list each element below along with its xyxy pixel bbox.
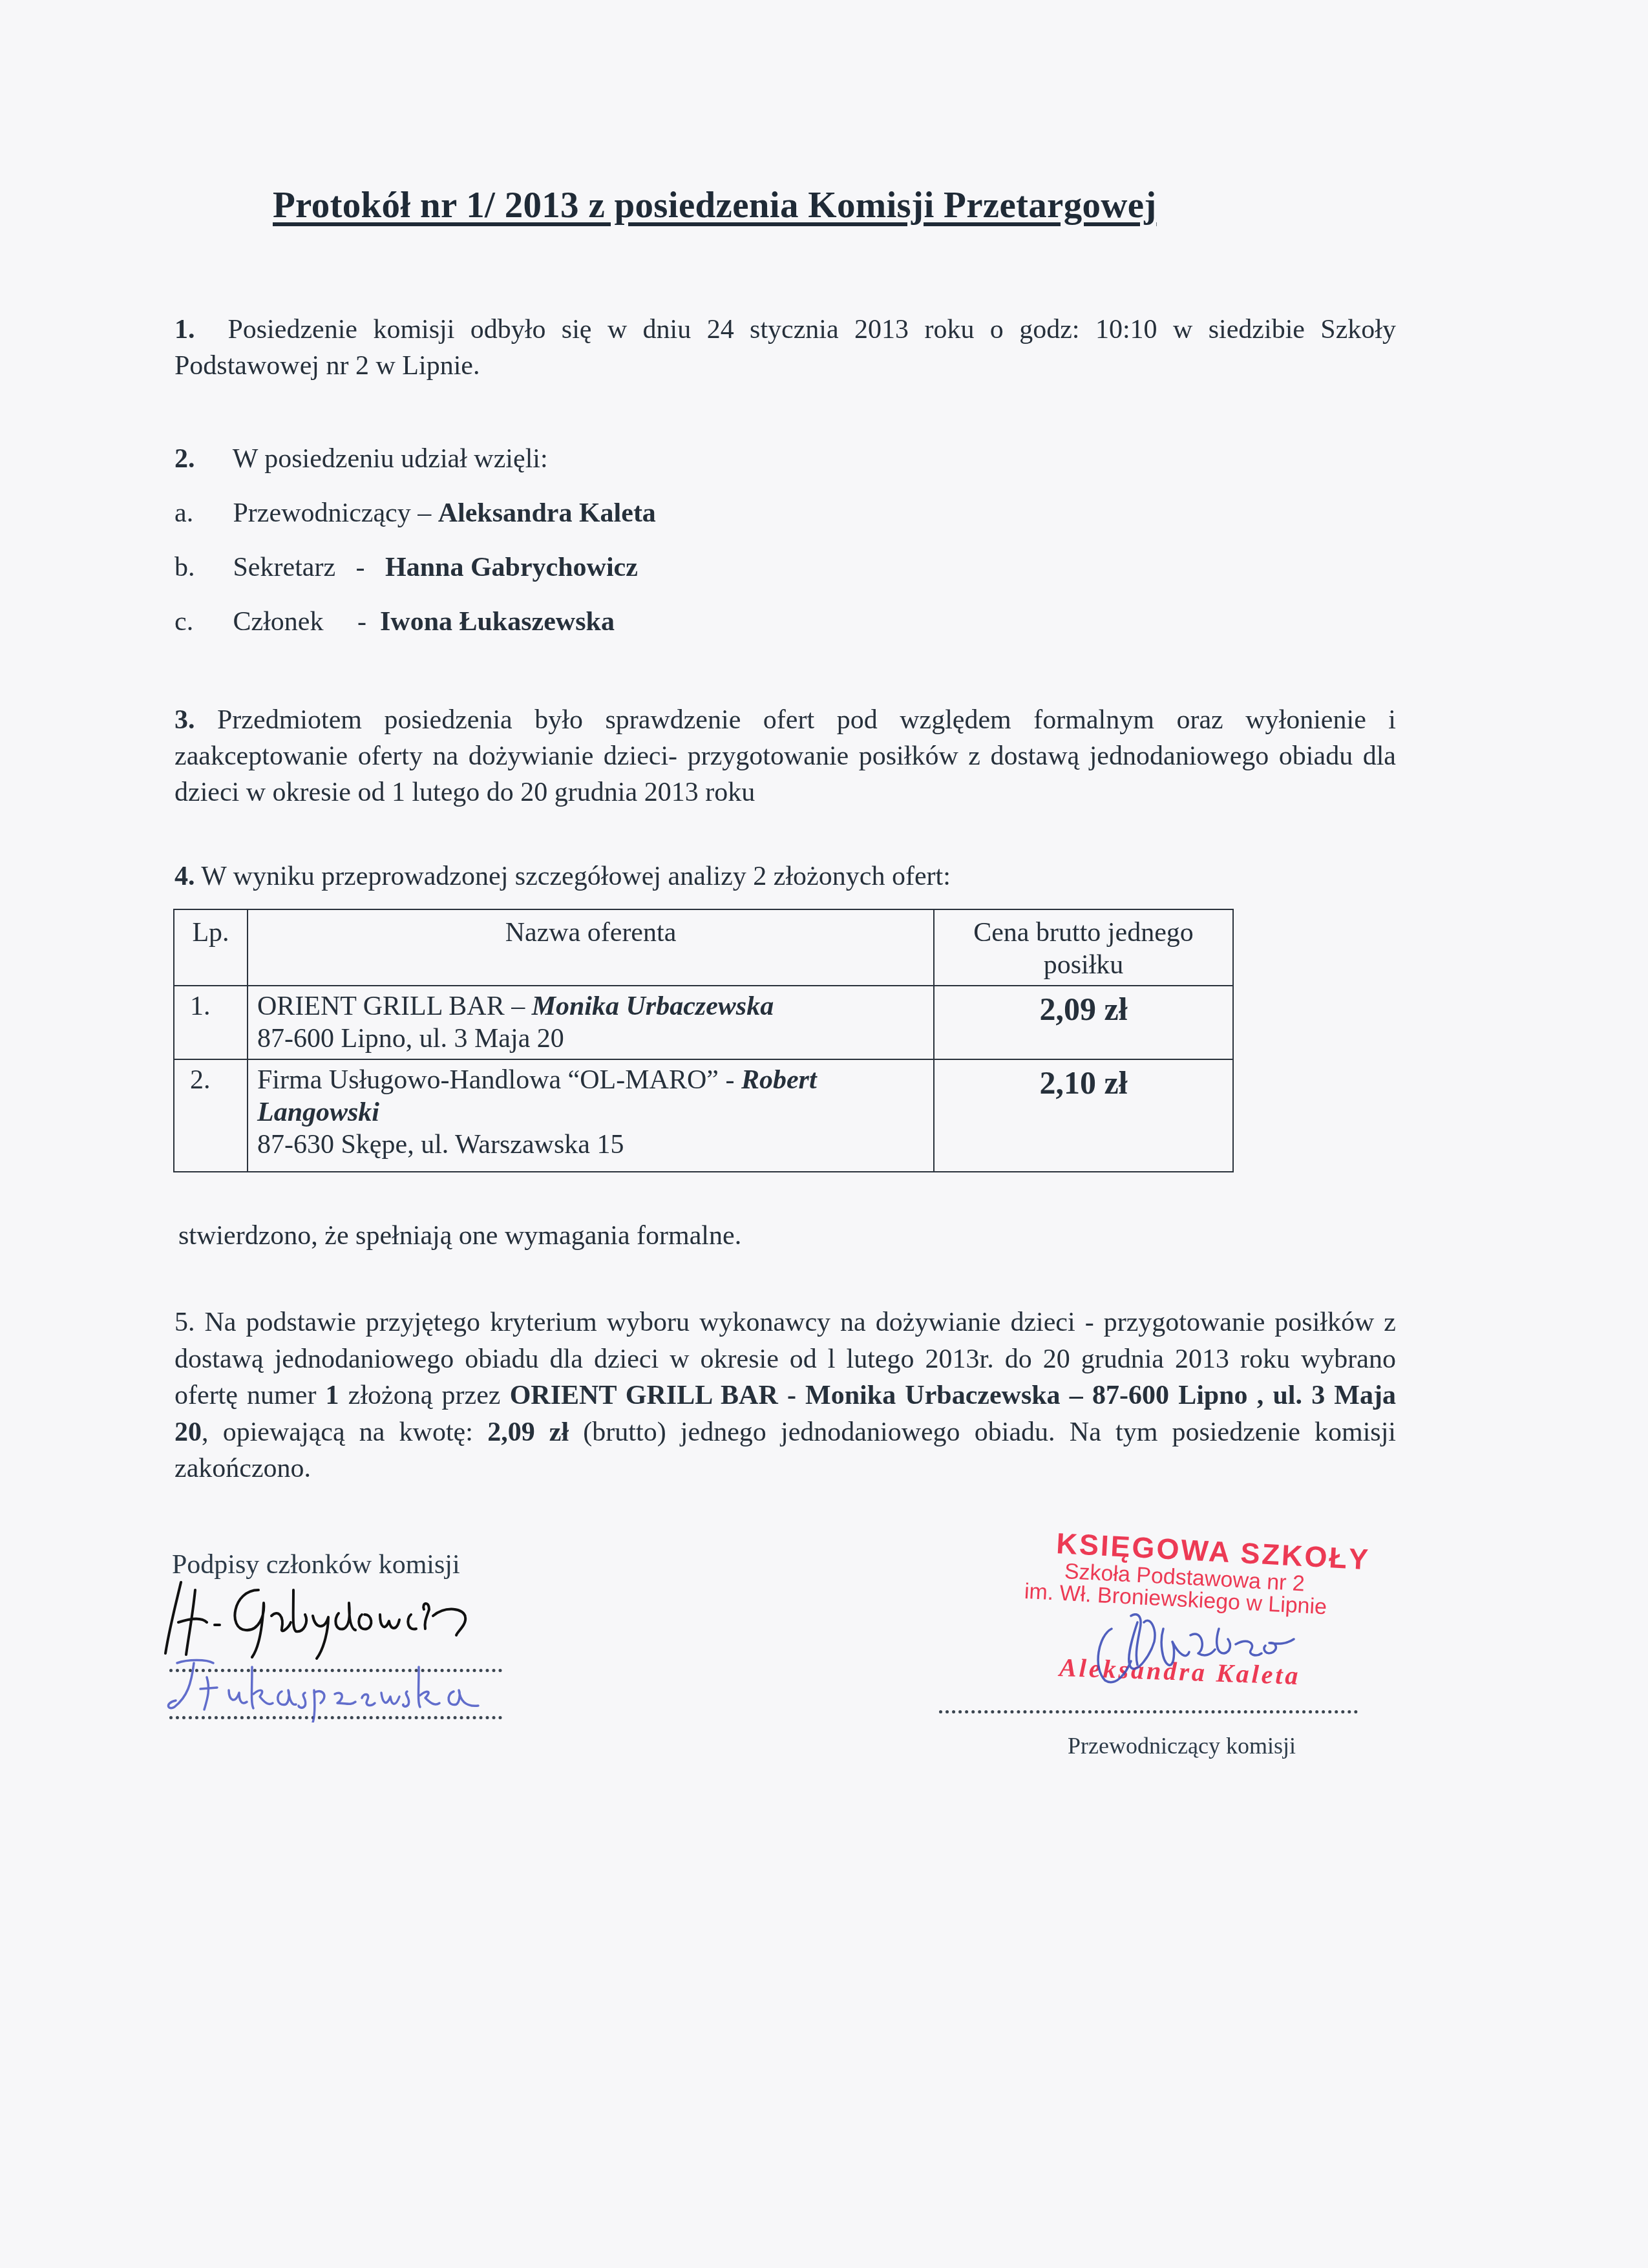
signature-kaleta (1092, 1603, 1338, 1693)
cell-lp: 1. (174, 986, 248, 1059)
chair-signature-label: Przewodniczący komisji (1068, 1732, 1296, 1759)
section-5-offer-number: 1 (326, 1381, 339, 1410)
section-5-amount: 2,09 zł (487, 1417, 569, 1447)
offeror-company: Firma Usługowo-Handlowa “OL-MARO” - (257, 1065, 741, 1095)
member-name: Hanna Gabrychowicz (385, 553, 638, 582)
offeror-person: Monika Urbaczewska (532, 991, 774, 1021)
section-5-text-mid: złożoną przez (339, 1381, 510, 1410)
member-role: Członek - (233, 607, 374, 637)
offeror-address: 87-630 Skępe, ul. Warszawska 15 (257, 1130, 624, 1160)
signature-lukaszewska (162, 1651, 523, 1722)
section-2-heading-row: 2. W posiedzeniu udział wzięli: (174, 441, 950, 495)
section-1-text: Posiedzenie komisji odbyło się w dniu 24… (174, 315, 1396, 381)
column-header-lp: Lp. (174, 909, 248, 986)
member-name: Iwona Łukaszewska (380, 607, 615, 637)
cell-offeror: ORIENT GRILL BAR – Monika Urbaczewska 87… (248, 986, 934, 1059)
document-title: Protokół nr 1/ 2013 z posiedzenia Komisj… (273, 182, 1294, 229)
table-header-row: Lp. Nazwa oferenta Cena brutto jednego p… (174, 909, 1233, 986)
member-member: c. Członek - Iwona Łukaszewska (174, 604, 950, 658)
cell-price: 2,09 zł (934, 986, 1233, 1059)
member-letter: b. (174, 549, 226, 586)
section-2-heading: W posiedzeniu udział wzięli: (233, 444, 548, 474)
member-role: Sekretarz - (233, 553, 379, 582)
section-5-amount-prefix: , opiewającą na kwotę: (202, 1417, 487, 1447)
member-letter: c. (174, 604, 226, 640)
offeror-address: 87-600 Lipno, ul. 3 Maja 20 (257, 1024, 564, 1054)
member-role: Przewodniczący – (233, 498, 438, 528)
section-4: 4. W wyniku przeprowadzonej szczegółowej… (174, 858, 1396, 895)
section-4-number: 4. (174, 862, 195, 891)
cell-offeror: Firma Usługowo-Handlowa “OL-MARO” - Robe… (248, 1059, 934, 1172)
section-1: 1. Posiedzenie komisji odbyło się w dniu… (174, 312, 1396, 384)
chair-signature-line (939, 1710, 1358, 1713)
price-value: 2,10 zł (1039, 1064, 1127, 1099)
section-2: 2. W posiedzeniu udział wzięli: a. Przew… (174, 441, 950, 658)
table-row: 1. ORIENT GRILL BAR – Monika Urbaczewska… (174, 986, 1233, 1059)
section-4-text: W wyniku przeprowadzonej szczegółowej an… (201, 862, 951, 891)
offeror-company: ORIENT GRILL BAR – (257, 991, 532, 1021)
confirmation-text: stwierdzono, że spełniają one wymagania … (178, 1218, 741, 1254)
column-header-price: Cena brutto jednego posiłku (934, 909, 1233, 986)
signature-gabrychowicz (155, 1577, 569, 1661)
section-3-text: Przedmiotem posiedzenia było sprawdzenie… (174, 705, 1396, 807)
column-header-offeror: Nazwa oferenta (248, 909, 934, 986)
section-3-number: 3. (174, 705, 195, 735)
member-chairperson: a. Przewodniczący – Aleksandra Kaleta (174, 495, 950, 549)
price-value: 2,09 zł (1039, 990, 1127, 1025)
section-5-number: 5. (174, 1308, 195, 1337)
member-secretary: b. Sekretarz - Hanna Gabrychowicz (174, 549, 950, 604)
section-5: 5. Na podstawie przyjętego kryterium wyb… (174, 1304, 1396, 1487)
section-2-number: 2. (174, 441, 226, 477)
member-letter: a. (174, 495, 226, 531)
member-name: Aleksandra Kaleta (438, 498, 656, 528)
section-1-number: 1. (174, 312, 212, 348)
table-row: 2. Firma Usługowo-Handlowa “OL-MARO” - R… (174, 1059, 1233, 1172)
section-3: 3. Przedmiotem posiedzenia było sprawdze… (174, 702, 1396, 811)
cell-price: 2,10 zł (934, 1059, 1233, 1172)
cell-lp: 2. (174, 1059, 248, 1172)
offers-table: Lp. Nazwa oferenta Cena brutto jednego p… (173, 909, 1234, 1172)
